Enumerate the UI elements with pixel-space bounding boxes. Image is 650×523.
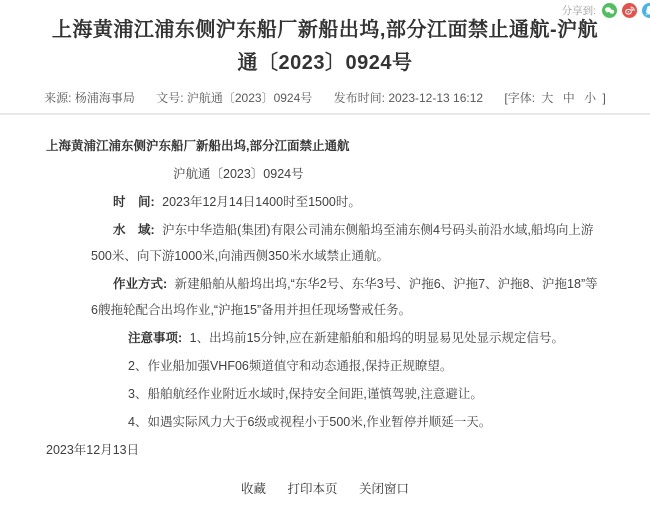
meta-source: 来源: 杨浦海事局	[44, 91, 138, 105]
notice-article: 上海黄浦江浦东侧沪东船厂新船出坞,部分江面禁止通航 沪航通〔2023〕0924号…	[0, 115, 650, 463]
precaution-item-2: 2、作业船加强VHF06频道值守和动态通报,保持正规瞭望。	[128, 353, 604, 379]
share-bar: 分享到:	[562, 3, 650, 18]
paragraph-time: 时 间: 2023年12月14日1400时至1500时。	[91, 189, 604, 215]
precaution-item-4: 4、如遇实际风力大于6级或视程小于500米,作业暂停并顺延一天。	[128, 409, 604, 435]
footer-actions: 收藏 打印本页 关闭窗口	[0, 479, 650, 497]
font-size-medium-button[interactable]: 中	[563, 91, 575, 105]
paragraph-precautions: 注意事项: 1、出坞前15分钟,应在新建船舶和船坞的明显易见处显示规定信号。	[128, 325, 604, 351]
publish-date: 2023年12月13日	[46, 437, 604, 463]
paragraph-waters-label: 水 域:	[113, 223, 155, 237]
font-size-small-button[interactable]: 小	[584, 91, 596, 105]
paragraph-operation-label: 作业方式:	[113, 277, 167, 291]
weibo-share-icon[interactable]	[622, 3, 637, 18]
font-size-controls-bracket: ]	[603, 91, 606, 105]
favorite-link[interactable]: 收藏	[241, 482, 266, 496]
qq-share-icon[interactable]	[642, 3, 650, 18]
paragraph-precautions-text: 1、出坞前15分钟,应在新建船舶和船坞的明显易见处显示规定信号。	[190, 331, 564, 345]
meta-doc-label: 文号:	[156, 91, 183, 105]
print-page-link[interactable]: 打印本页	[287, 482, 337, 496]
paragraph-time-label: 时 间:	[113, 195, 155, 209]
share-label: 分享到:	[562, 3, 596, 18]
paragraph-waters-text: 沪东中华造船(集团)有限公司浦东侧船坞至浦东侧4号码头前沿水域,船坞向上游500…	[91, 223, 593, 263]
meta-time-value: 2023-12-13 16:12	[388, 91, 483, 105]
meta-publish-time: 发布时间: 2023-12-13 16:12	[334, 91, 487, 105]
paragraph-operation: 作业方式: 新建船舶从船坞出坞,“东华2号、东华3号、沪拖6、沪拖7、沪拖8、沪…	[91, 271, 604, 323]
close-window-link[interactable]: 关闭窗口	[359, 482, 409, 496]
meta-source-label: 来源:	[44, 91, 71, 105]
font-size-controls: [字体: 大 中 小 ]	[504, 91, 605, 105]
precaution-item-3: 3、船舶航经作业附近水域时,保持安全间距,谨慎驾驶,注意避让。	[128, 381, 604, 407]
paragraph-operation-text: 新建船舶从船坞出坞,“东华2号、东华3号、沪拖6、沪拖7、沪拖8、沪拖18”等6…	[91, 277, 598, 317]
meta-doc-number: 文号: 沪航通〔2023〕0924号	[156, 91, 315, 105]
article-doc-number: 沪航通〔2023〕0924号	[173, 161, 604, 187]
meta-bar: 来源: 杨浦海事局 文号: 沪航通〔2023〕0924号 发布时间: 2023-…	[0, 89, 650, 106]
page-title: 上海黄浦江浦东侧沪东船厂新船出坞,部分江面禁止通航-沪航通〔2023〕0924号	[51, 14, 599, 80]
paragraph-waters: 水 域: 沪东中华造船(集团)有限公司浦东侧船坞至浦东侧4号码头前沿水域,船坞向…	[91, 217, 604, 269]
paragraph-time-text: 2023年12月14日1400时至1500时。	[162, 195, 361, 209]
meta-doc-value: 沪航通〔2023〕0924号	[187, 91, 312, 105]
paragraph-precautions-label: 注意事项:	[128, 331, 182, 345]
wechat-share-icon[interactable]	[602, 3, 617, 18]
font-size-controls-label: [字体:	[504, 91, 535, 105]
meta-source-value: 杨浦海事局	[75, 91, 135, 105]
meta-time-label: 发布时间:	[334, 91, 385, 105]
font-size-large-button[interactable]: 大	[541, 91, 553, 105]
article-heading: 上海黄浦江浦东侧沪东船厂新船出坞,部分江面禁止通航	[46, 133, 604, 159]
